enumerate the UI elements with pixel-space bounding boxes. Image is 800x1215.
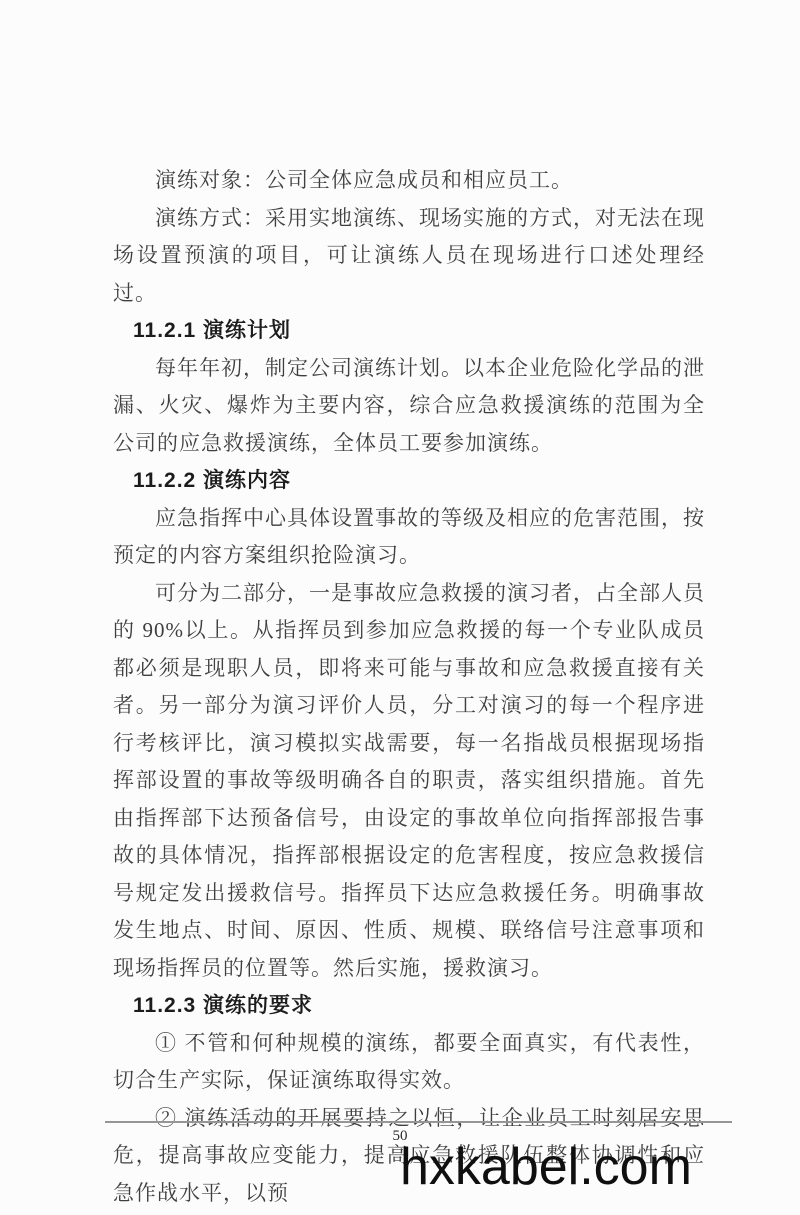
- paragraph-drill-content-1: 应急指挥中心具体设置事故的等级及相应的危害范围，按预定的内容方案组织抢险演习。: [113, 500, 705, 575]
- paragraph-drill-plan: 每年年初，制定公司演练计划。以本企业危险化学品的泄漏、火灾、爆炸为主要内容，综合…: [113, 350, 705, 463]
- section-heading-11-2-2: 11.2.2 演练内容: [133, 462, 705, 500]
- document-page: 演练对象：公司全体应急成员和相应员工。 演练方式：采用实地演练、现场实施的方式，…: [0, 0, 800, 1215]
- paragraph-drill-method: 演练方式：采用实地演练、现场实施的方式，对无法在现场设置预演的项目，可让演练人员…: [113, 200, 705, 313]
- watermark: hxkabel.com: [400, 1139, 692, 1196]
- section-heading-11-2-1: 11.2.1 演练计划: [133, 312, 705, 350]
- document-body: 演练对象：公司全体应急成员和相应员工。 演练方式：采用实地演练、现场实施的方式，…: [113, 162, 705, 1212]
- section-heading-11-2-3: 11.2.3 演练的要求: [133, 987, 705, 1025]
- paragraph-drill-content-2: 可分为二部分，一是事故应急救援的演习者，占全部人员的 90%以上。从指挥员到参加…: [113, 575, 705, 988]
- paragraph-requirement-1: ① 不管和何种规模的演练，都要全面真实，有代表性，切合生产实际，保证演练取得实效…: [113, 1025, 705, 1100]
- footer-divider: [105, 1121, 732, 1123]
- paragraph-drill-target: 演练对象：公司全体应急成员和相应员工。: [113, 162, 705, 200]
